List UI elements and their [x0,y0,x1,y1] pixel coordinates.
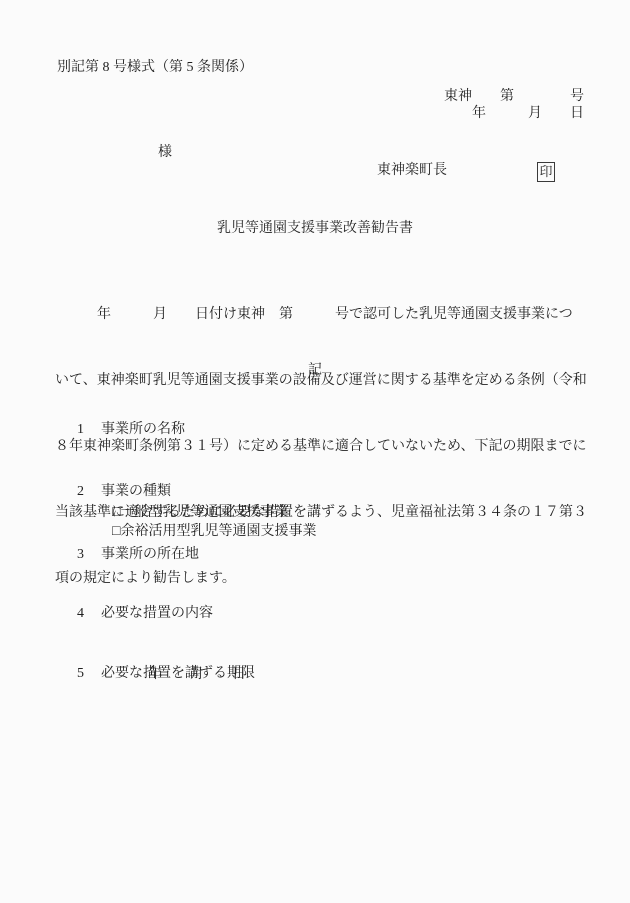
deadline-date-line: 年 月 日 [148,665,246,685]
doc-date-line: 年 月 日 [472,104,584,124]
addressee-honorific: 様 [158,143,172,163]
seal-stamp-box: 印 [537,162,555,182]
item-label: 事業所の所在地 [101,547,199,562]
item-label: 事業所の名称 [101,422,185,437]
list-item-4: 4必要な措置の内容 [63,584,213,644]
item-label: 必要な措置の内容 [101,606,213,621]
form-number: 別記第 8 号様式（第 5 条関係） [57,58,253,78]
sender-title: 東神楽町長 [377,161,447,181]
body-line: 年 月 日付け東神 第 号で認可した乳児等通園支援事業につ [55,304,587,326]
item-number: 3 [77,545,101,565]
list-item-1: 1事業所の名称 [63,400,185,460]
item-number: 1 [77,420,101,440]
item-number: 4 [77,604,101,624]
record-marker: 記 [0,361,630,381]
list-item-3: 3事業所の所在地 [63,525,199,585]
document-page: 別記第 8 号様式（第 5 条関係） 東神 第 号 年 月 日 様 東神楽町長 … [0,0,630,903]
item-number: 5 [77,664,101,684]
document-title: 乳児等通園支援事業改善勧告書 [0,219,630,239]
